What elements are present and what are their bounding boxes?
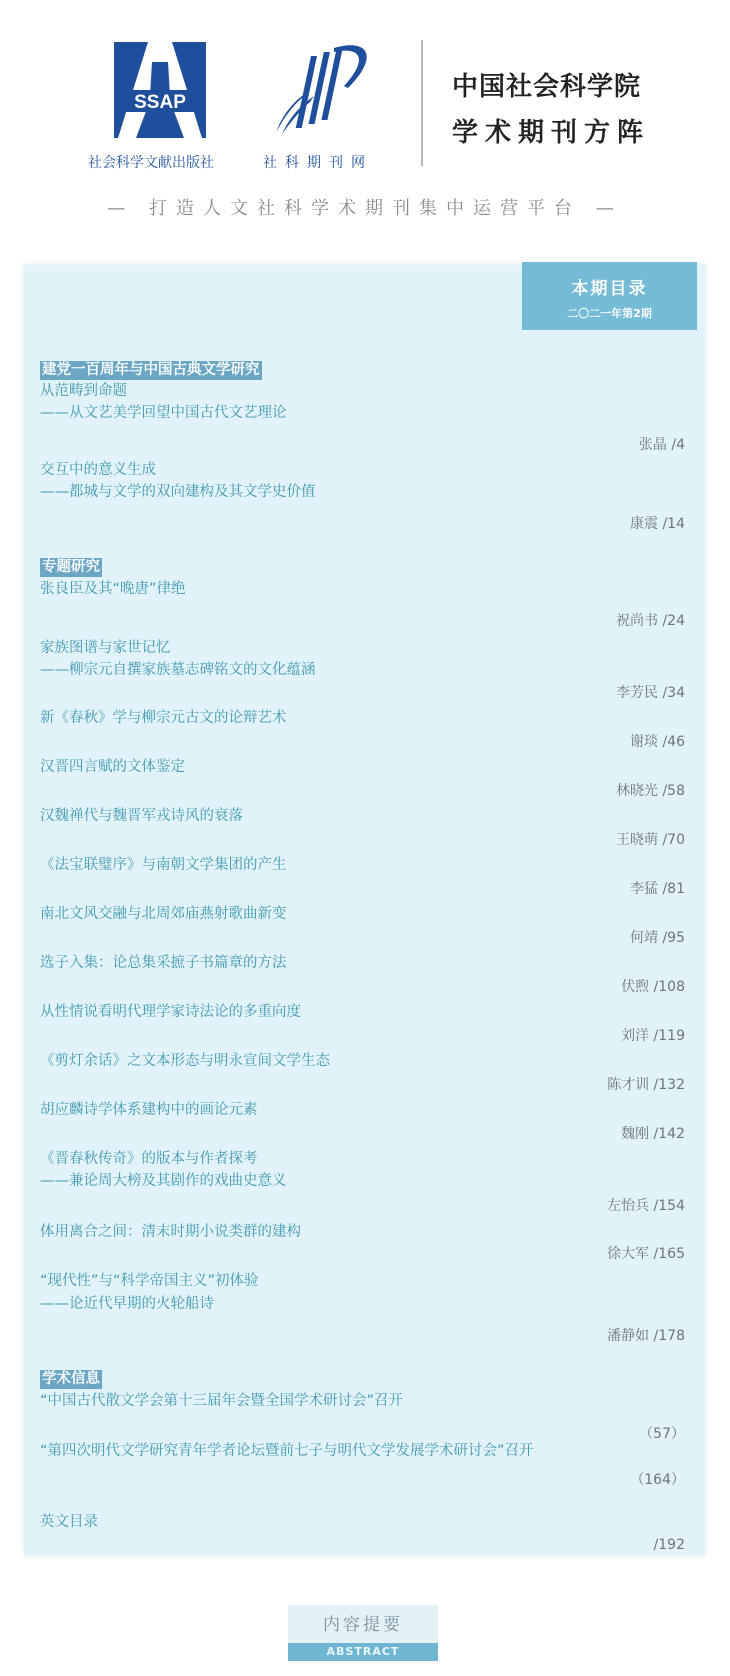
toc-title: 本期目录 bbox=[522, 274, 697, 299]
abstract-title: 内容提要 bbox=[288, 1610, 438, 1635]
article-page: 李猛 /81 bbox=[630, 878, 685, 900]
article-subtitle[interactable]: ——论近代早期的火轮船诗 bbox=[40, 1293, 214, 1315]
article-page: 张晶 /4 bbox=[639, 434, 685, 456]
article-title[interactable]: 张良臣及其“晚唐”律绝 bbox=[40, 578, 186, 600]
article-title[interactable]: 交互中的意义生成 bbox=[40, 459, 156, 481]
article-title[interactable]: 英文目录 bbox=[40, 1511, 98, 1533]
article-title[interactable]: 胡应麟诗学体系建构中的画论元素 bbox=[40, 1099, 258, 1121]
article-page: （57） bbox=[639, 1423, 685, 1445]
article-title[interactable]: 从范畴到命题 bbox=[40, 380, 127, 402]
article-title[interactable]: 《剪灯余话》之文本形态与明永宣间文学生态 bbox=[40, 1050, 330, 1072]
article-page: 何靖 /95 bbox=[630, 927, 685, 949]
svg-text:SSAP: SSAP bbox=[134, 92, 186, 113]
slogan: — 打造人文社科学术期刊集中运营平台 — bbox=[30, 194, 700, 220]
header: SSAP 社会科学文献出版社 社科期刊网 中国社会科学院 学术期刊方阵 — 打造… bbox=[0, 0, 730, 230]
org-name-line1: 中国社会科学院 bbox=[452, 66, 641, 103]
article-page: 左怡兵 /154 bbox=[607, 1195, 685, 1217]
article-title[interactable]: 汉晋四言赋的文体鉴定 bbox=[40, 756, 185, 778]
article-subtitle[interactable]: ——柳宗元自撰家族墓志碑铭文的文化蕴涵 bbox=[40, 659, 316, 681]
skqk-logo-icon bbox=[268, 42, 378, 138]
portal-name: 社科期刊网 bbox=[263, 152, 373, 172]
publisher-name: 社会科学文献出版社 bbox=[88, 152, 214, 172]
article-page: /192 bbox=[654, 1534, 685, 1556]
article-page: 林晓光 /58 bbox=[616, 780, 685, 802]
article-page: 刘洋 /119 bbox=[621, 1025, 685, 1047]
article-title[interactable]: 体用离合之间：清末时期小说类群的建构 bbox=[40, 1221, 301, 1243]
article-title[interactable]: 南北文风交融与北周郊庙燕射歌曲新变 bbox=[40, 903, 287, 925]
article-title[interactable]: “现代性”与“科学帝国主义”初体验 bbox=[40, 1270, 259, 1292]
article-title[interactable]: 家族图谱与家世记忆 bbox=[40, 637, 171, 659]
article-page: 徐大军 /165 bbox=[607, 1243, 685, 1265]
article-title[interactable]: 从性情说看明代理学家诗法论的多重向度 bbox=[40, 1001, 301, 1023]
article-title[interactable]: 《法宝联璧序》与南朝文学集团的产生 bbox=[40, 854, 287, 876]
abstract-subtitle: ABSTRACT bbox=[288, 1643, 438, 1661]
section-heading: 专题研究 bbox=[40, 558, 102, 577]
toc-badge: 本期目录 二〇二一年第2期 bbox=[522, 262, 697, 330]
article-page: 王晓萌 /70 bbox=[616, 829, 685, 851]
article-title[interactable]: “第四次明代文学研究青年学者论坛暨前七子与明代文学发展学术研讨会”召开 bbox=[40, 1440, 534, 1462]
article-page: 潘静如 /178 bbox=[607, 1325, 685, 1347]
article-page: 谢琰 /46 bbox=[630, 731, 685, 753]
article-page: 康震 /14 bbox=[630, 513, 685, 535]
article-title[interactable]: 新《春秋》学与柳宗元古文的论辩艺术 bbox=[40, 707, 287, 729]
ssap-logo-icon: SSAP bbox=[114, 42, 206, 138]
article-page: 祝尚书 /24 bbox=[616, 610, 685, 632]
article-page: 魏刚 /142 bbox=[621, 1123, 685, 1145]
article-title[interactable]: “中国古代散文学会第十三届年会暨全国学术研讨会”召开 bbox=[40, 1390, 403, 1412]
issue-label: 二〇二一年第2期 bbox=[522, 305, 697, 321]
article-page: 李芳民 /34 bbox=[616, 682, 685, 704]
article-subtitle[interactable]: ——从文艺美学回望中国古代文艺理论 bbox=[40, 402, 287, 424]
article-title[interactable]: 汉魏禅代与魏晋军戎诗风的衰落 bbox=[40, 805, 243, 827]
article-title[interactable]: 《晋春秋传奇》的版本与作者探考 bbox=[40, 1148, 258, 1170]
article-page: 陈才训 /132 bbox=[607, 1074, 685, 1096]
org-name-line2: 学术期刊方阵 bbox=[452, 112, 650, 149]
article-subtitle[interactable]: ——兼论周大榜及其剧作的戏曲史意义 bbox=[40, 1170, 287, 1192]
section-heading: 学术信息 bbox=[40, 1370, 102, 1389]
section-heading: 建党一百周年与中国古典文学研究 bbox=[40, 361, 262, 380]
divider bbox=[421, 40, 423, 166]
article-page: 伏煦 /108 bbox=[621, 976, 685, 998]
article-page: （164） bbox=[630, 1469, 685, 1491]
article-subtitle[interactable]: ——都城与文学的双向建构及其文学史价值 bbox=[40, 481, 316, 503]
article-title[interactable]: 选子入集：论总集采摭子书篇章的方法 bbox=[40, 952, 287, 974]
abstract-badge[interactable]: 内容提要 ABSTRACT bbox=[288, 1605, 438, 1661]
